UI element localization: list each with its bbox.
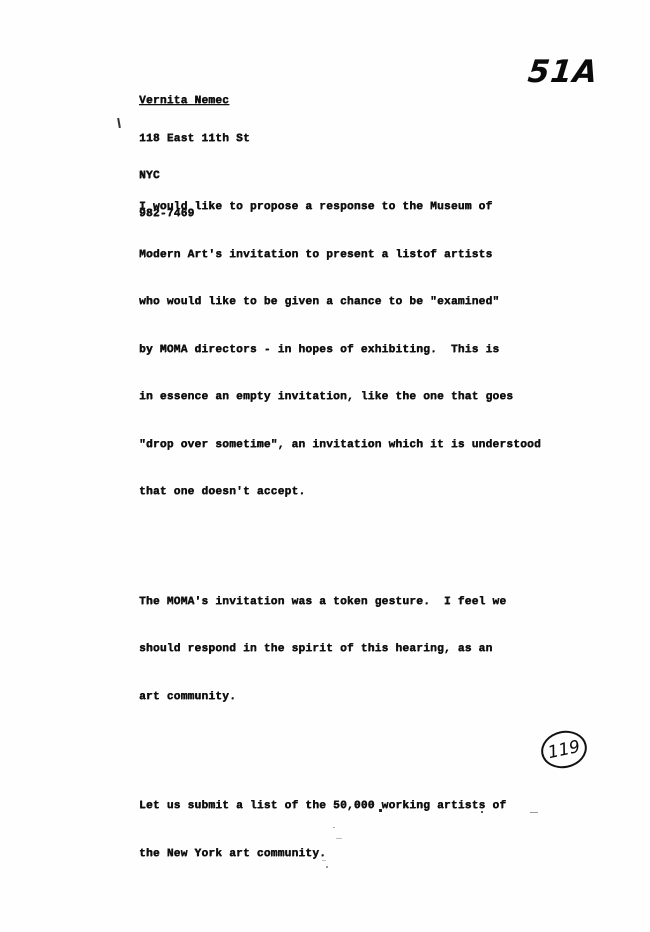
text-line: should respond in the spirit of this hea… bbox=[139, 640, 541, 664]
document-page: 51A Vernita Nemec 118 East 11th St NYC 9… bbox=[0, 0, 650, 932]
text-line: the New York art community. bbox=[139, 845, 541, 869]
scan-speck bbox=[326, 866, 328, 868]
text-line: I would like to propose a response to th… bbox=[139, 198, 541, 222]
scan-speck bbox=[336, 838, 342, 839]
text-line: by MOMA directors - in hopes of exhibiti… bbox=[139, 341, 541, 365]
paragraph-2: The MOMA's invitation was a token gestur… bbox=[139, 569, 541, 736]
scan-speck bbox=[333, 827, 335, 828]
text-line: who would like to be given a chance to b… bbox=[139, 293, 541, 317]
text-line: that one doesn't accept. bbox=[139, 483, 541, 507]
text-line: Let us submit a list of the 50,000 worki… bbox=[139, 797, 541, 821]
circled-page-number: 119 bbox=[538, 727, 591, 773]
text-line: The MOMA's invitation was a token gestur… bbox=[139, 593, 541, 617]
scan-speck bbox=[530, 812, 538, 813]
paragraph-1: I would like to propose a response to th… bbox=[139, 174, 541, 531]
text-line: art community. bbox=[139, 688, 541, 712]
scan-speck bbox=[322, 860, 326, 861]
paragraph-3: Let us submit a list of the 50,000 worki… bbox=[139, 773, 541, 892]
scan-speck bbox=[481, 811, 483, 813]
page-number-text: 119 bbox=[546, 736, 582, 762]
pen-mark bbox=[117, 118, 121, 128]
sender-address: 118 East 11th St bbox=[139, 133, 250, 146]
handwritten-reference-number: 51A bbox=[526, 54, 600, 90]
letter-body: I would like to propose a response to th… bbox=[139, 150, 541, 930]
scan-speck bbox=[379, 809, 382, 812]
sender-name: Vernita Nemec bbox=[139, 95, 250, 108]
text-line: "drop over sometime", an invitation whic… bbox=[139, 436, 541, 460]
text-line: in essence an empty invitation, like the… bbox=[139, 388, 541, 412]
text-line: Modern Art's invitation to present a lis… bbox=[139, 246, 541, 270]
